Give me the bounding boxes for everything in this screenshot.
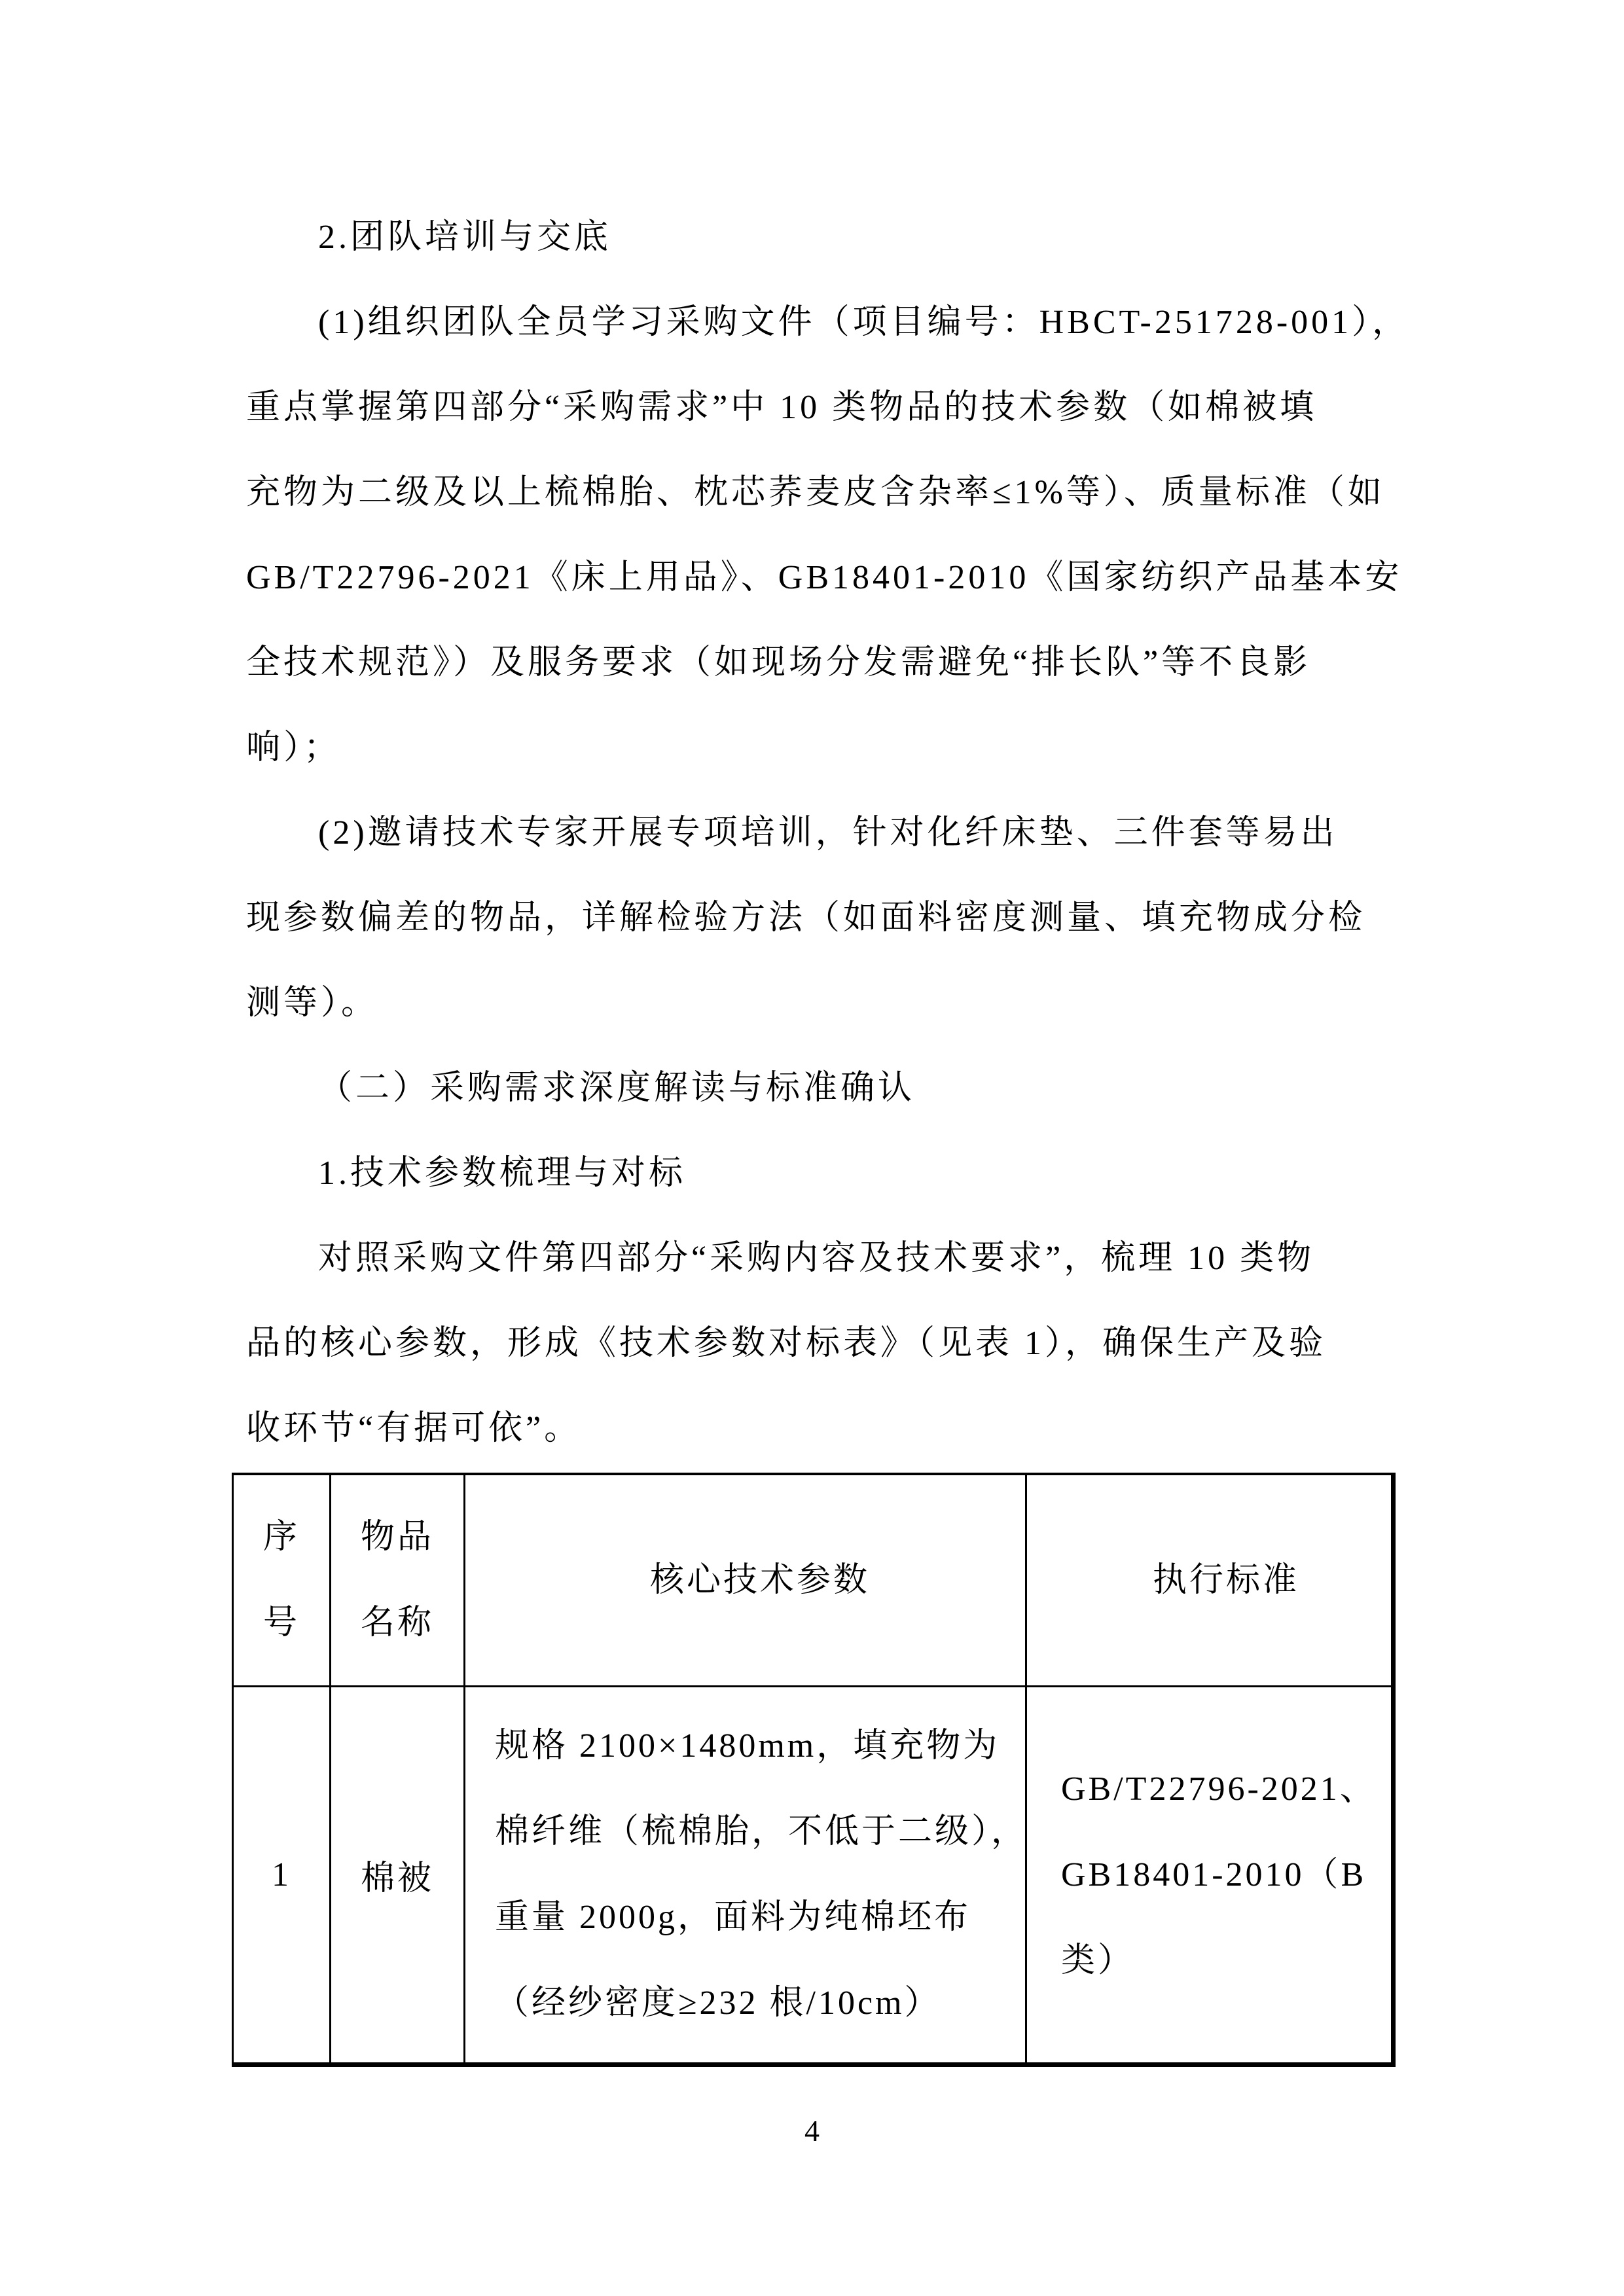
para-study-procurement-doc: (1)组织团队全员学习采购文件（项目编号：HBCT-251728-001），重点… bbox=[246, 280, 1382, 791]
heading-section-two-requirement-reading: （二）采购需求深度解读与标准确认 bbox=[246, 1046, 1382, 1131]
cell-core-tech-params: 规格 2100×1480mm，填充物为棉纤维（梳棉胎，不低于二级），重量 200… bbox=[465, 1686, 1026, 2064]
text-line: 全技术规范》）及服务要求（如现场分发需避免“排长队”等不良影 bbox=[246, 620, 1382, 706]
text-line: 重量 2000g，面料为纯棉坯布 bbox=[495, 1874, 1025, 1960]
text-line: 序 bbox=[234, 1494, 329, 1580]
heading-tech-param-benchmark: 1.技术参数梳理与对标 bbox=[246, 1131, 1382, 1216]
text-line: 棉纤维（梳棉胎，不低于二级）， bbox=[495, 1789, 1025, 1874]
text-line: 号 bbox=[234, 1580, 329, 1666]
text-line: 执行标准 bbox=[1061, 1537, 1391, 1623]
text-line: 响）； bbox=[246, 706, 1382, 791]
text-line: （二）采购需求深度解读与标准确认 bbox=[246, 1046, 1382, 1131]
cell-params-lines: 规格 2100×1480mm，填充物为棉纤维（梳棉胎，不低于二级），重量 200… bbox=[465, 1703, 1025, 2046]
table-row: 1 棉被 规格 2100×1480mm，填充物为棉纤维（梳棉胎，不低于二级），重… bbox=[233, 1686, 1394, 2064]
header-params-lines: 核心技术参数 bbox=[465, 1537, 1025, 1623]
text-line: 对照采购文件第四部分“采购内容及技术要求”，梳理 10 类物 bbox=[246, 1216, 1382, 1301]
page-number: 4 bbox=[0, 2113, 1624, 2149]
cell-item-name: 棉被 bbox=[331, 1686, 465, 2064]
text-line: 收环节“有据可依”。 bbox=[246, 1386, 1382, 1471]
header-item-lines: 物品名称 bbox=[331, 1494, 463, 1666]
text-line: 名称 bbox=[331, 1580, 463, 1666]
text-line: 2.团队培训与交底 bbox=[246, 195, 1382, 280]
text-line: GB/T22796-2021《床上用品》、GB18401-2010《国家纺织产品… bbox=[246, 535, 1382, 620]
cell-standard-lines: GB/T22796-2021、GB18401-2010（B类） bbox=[1027, 1746, 1391, 2003]
text-line: 1.技术参数梳理与对标 bbox=[246, 1131, 1382, 1216]
document-page: 2.团队培训与交底 (1)组织团队全员学习采购文件（项目编号：HBCT-2517… bbox=[0, 0, 1624, 2296]
text-line: GB18401-2010（B bbox=[1061, 1832, 1391, 1918]
header-standard-lines: 执行标准 bbox=[1027, 1537, 1391, 1623]
header-seq-lines: 序号 bbox=[234, 1494, 329, 1666]
text-line: 物品 bbox=[331, 1494, 463, 1580]
text-line: 测等）。 bbox=[246, 961, 1382, 1046]
cell-standard: GB/T22796-2021、GB18401-2010（B类） bbox=[1026, 1686, 1394, 2064]
header-standard: 执行标准 bbox=[1026, 1474, 1394, 1686]
body-text: 2.团队培训与交底 (1)组织团队全员学习采购文件（项目编号：HBCT-2517… bbox=[246, 195, 1382, 1471]
cell-seq-number: 1 bbox=[233, 1686, 331, 2064]
text-line: 现参数偏差的物品，详解检验方法（如面料密度测量、填充物成分检 bbox=[246, 876, 1382, 961]
header-seq-number: 序号 bbox=[233, 1474, 331, 1686]
text-line: （经纱密度≥232 根/10cm） bbox=[495, 1960, 1025, 2046]
text-line: (2)邀请技术专家开展专项培训，针对化纤床垫、三件套等易出 bbox=[246, 791, 1382, 876]
para-benchmark-table: 对照采购文件第四部分“采购内容及技术要求”，梳理 10 类物品的核心参数，形成《… bbox=[246, 1216, 1382, 1471]
header-core-tech-params: 核心技术参数 bbox=[465, 1474, 1026, 1686]
table-header-row: 序号 物品名称 核心技术参数 执行标准 bbox=[233, 1474, 1394, 1686]
text-line: 核心技术参数 bbox=[495, 1537, 1025, 1623]
text-line: (1)组织团队全员学习采购文件（项目编号：HBCT-251728-001）， bbox=[246, 280, 1382, 365]
heading-team-training: 2.团队培训与交底 bbox=[246, 195, 1382, 280]
tech-params-table: 序号 物品名称 核心技术参数 执行标准 1 棉被 规格 2100×1480mm，… bbox=[232, 1473, 1396, 2067]
text-line: 重点掌握第四部分“采购需求”中 10 类物品的技术参数（如棉被填 bbox=[246, 365, 1382, 450]
header-item-name: 物品名称 bbox=[331, 1474, 465, 1686]
text-line: 充物为二级及以上梳棉胎、枕芯荞麦皮含杂率≤1%等）、质量标准（如 bbox=[246, 450, 1382, 535]
text-line: 品的核心参数，形成《技术参数对标表》（见表 1），确保生产及验 bbox=[246, 1301, 1382, 1386]
text-line: 规格 2100×1480mm，填充物为 bbox=[495, 1703, 1025, 1789]
text-line: 类） bbox=[1061, 1918, 1391, 2003]
para-expert-training: (2)邀请技术专家开展专项培训，针对化纤床垫、三件套等易出现参数偏差的物品，详解… bbox=[246, 791, 1382, 1046]
text-line: GB/T22796-2021、 bbox=[1061, 1746, 1391, 1832]
